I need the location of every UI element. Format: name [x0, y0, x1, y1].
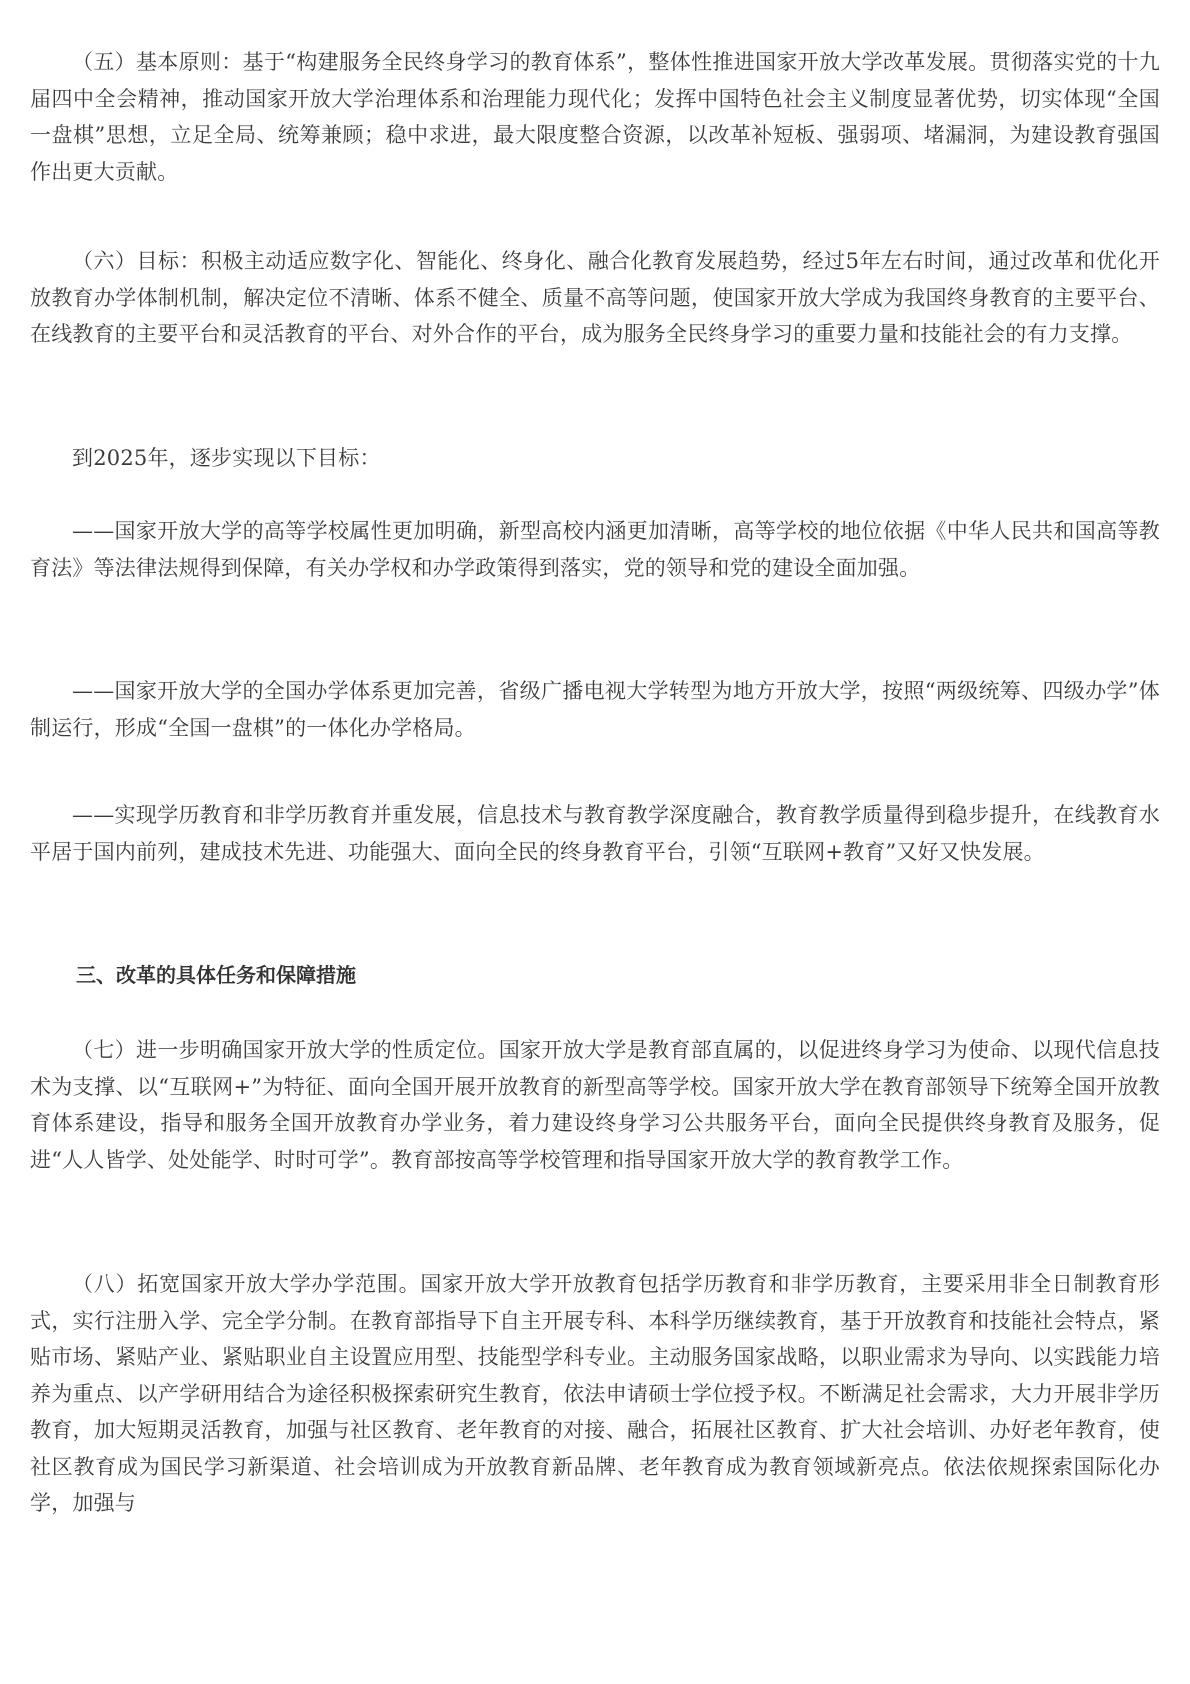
- paragraph-basic-principles: （五）基本原则：基于“构建服务全民终身学习的教育体系”，整体性推进国家开放大学改…: [30, 44, 1160, 190]
- paragraph-goal-2: ——国家开放大学的全国办学体系更加完善，省级广播电视大学转型为地方开放大学，按照…: [30, 673, 1160, 746]
- section-heading: 三、改革的具体任务和保障措施: [30, 957, 1160, 993]
- paragraph-goal-1: ——国家开放大学的高等学校属性更加明确，新型高校内涵更加清晰，高等学校的地位依据…: [30, 513, 1160, 586]
- document-page: （五）基本原则：基于“构建服务全民终身学习的教育体系”，整体性推进国家开放大学改…: [0, 0, 1190, 1684]
- paragraph-nature-positioning: （七）进一步明确国家开放大学的性质定位。国家开放大学是教育部直属的，以促进终身学…: [30, 1032, 1160, 1178]
- paragraph-scope-expansion: （八）拓宽国家开放大学办学范围。国家开放大学开放教育包括学历教育和非学历教育，主…: [30, 1266, 1160, 1522]
- paragraph-goal-3: ——实现学历教育和非学历教育并重发展，信息技术与教育教学深度融合，教育教学质量得…: [30, 797, 1160, 870]
- paragraph-2025-intro: 到2025年，逐步实现以下目标：: [30, 440, 1160, 477]
- paragraph-goals: （六）目标：积极主动适应数字化、智能化、终身化、融合化教育发展趋势，经过5年左右…: [30, 243, 1160, 353]
